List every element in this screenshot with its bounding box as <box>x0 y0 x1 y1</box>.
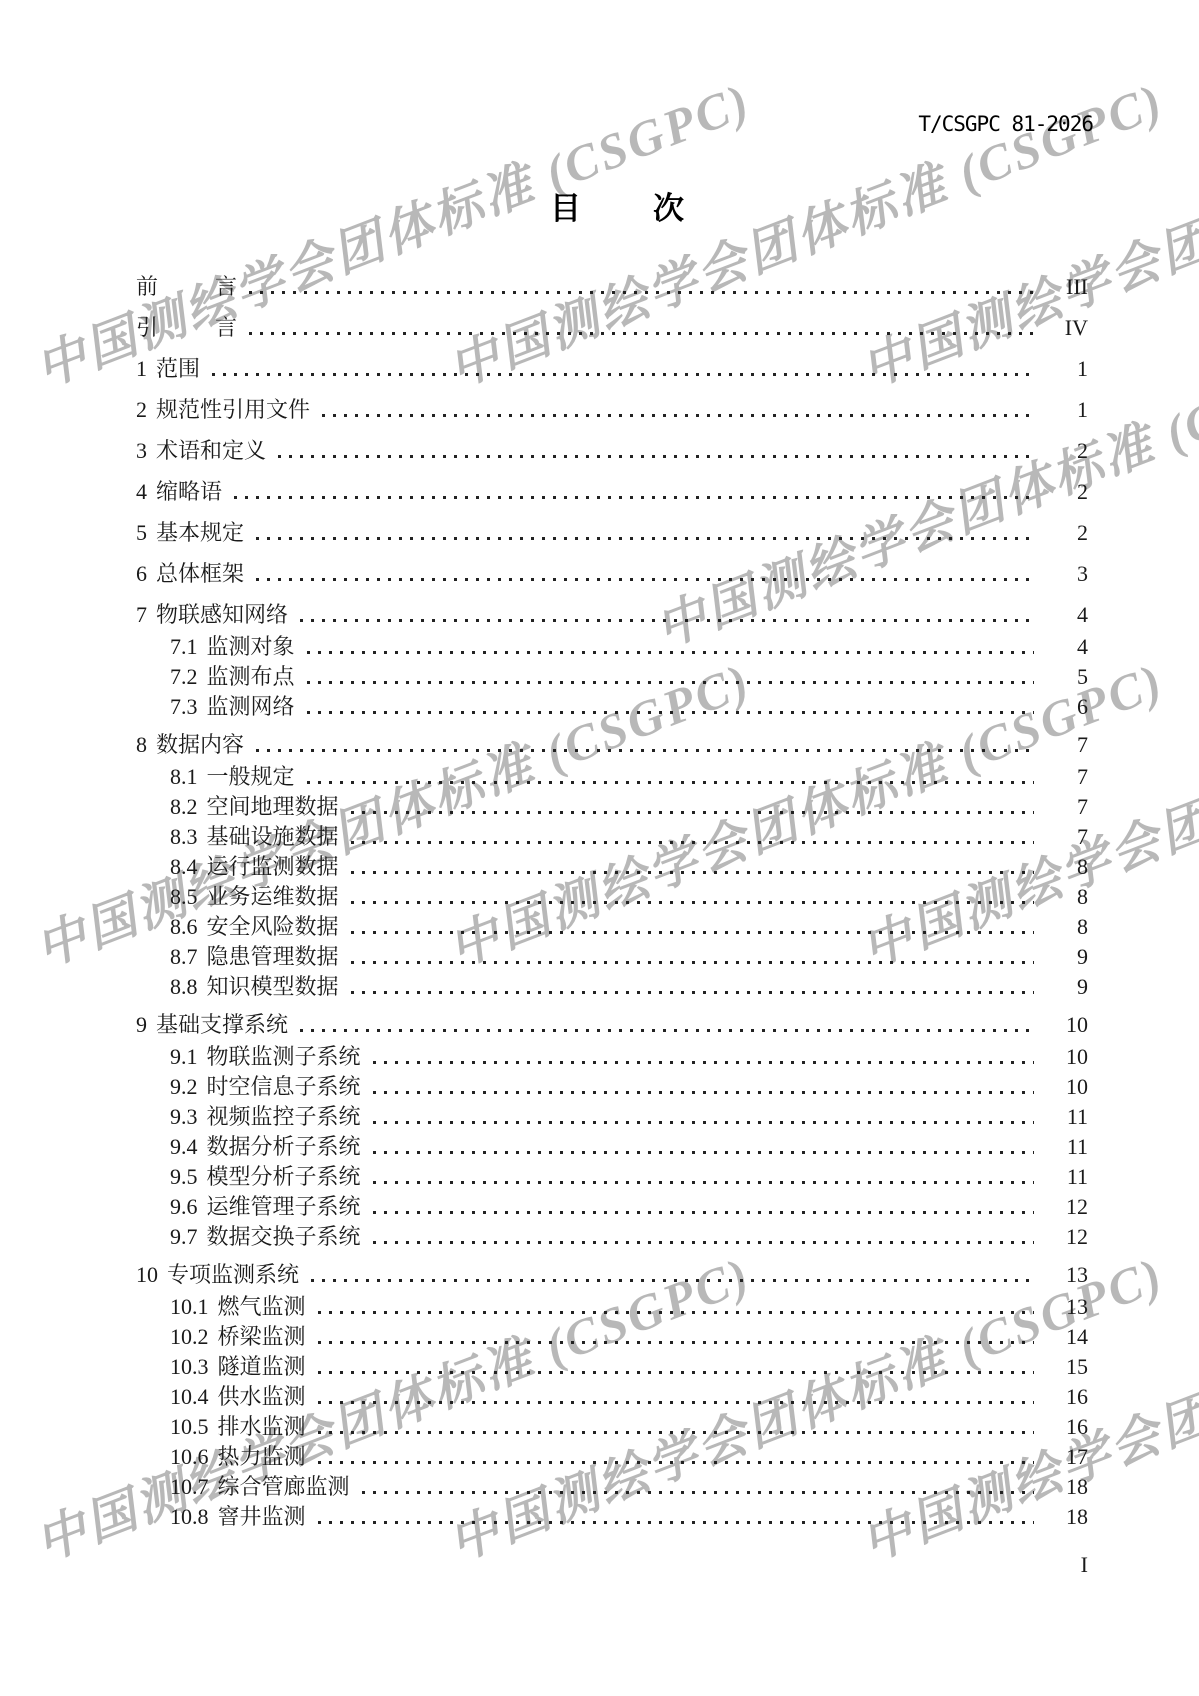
dot-leader <box>318 1371 1034 1374</box>
dot-leader <box>351 961 1034 964</box>
document-page: 中国测绘学会团体标准 (CSGPC)中国测绘学会团体标准 (CSGPC)中国测绘… <box>0 0 1199 1696</box>
toc-entry: 8.1一般规定7 <box>136 766 1088 788</box>
toc-entry-number: 10.3 <box>170 1356 209 1378</box>
toc-entry-label: 9.4数据分析子系统 <box>170 1136 361 1158</box>
toc-entry-number: 8.3 <box>170 826 198 848</box>
toc-entry-title: 燃气监测 <box>218 1296 306 1318</box>
toc-page-number: 4 <box>1046 604 1088 626</box>
toc-entry-title: 基础设施数据 <box>207 826 339 848</box>
toc-page-number: 18 <box>1046 1476 1088 1498</box>
toc-entry: 10.8窨井监测18 <box>136 1506 1088 1528</box>
toc-page-number: 13 <box>1046 1264 1088 1286</box>
toc-page-number: 4 <box>1046 636 1088 658</box>
toc-entry-title: 监测布点 <box>207 666 295 688</box>
dot-leader <box>362 1491 1034 1494</box>
toc-entry-label: 2规范性引用文件 <box>136 399 310 421</box>
toc-entry-number: 8.4 <box>170 856 198 878</box>
toc-entry-title: 监测网络 <box>207 696 295 718</box>
toc-entry-title: 物联监测子系统 <box>207 1046 361 1068</box>
toc-entry-number: 7.1 <box>170 636 198 658</box>
toc-entry-label: 6总体框架 <box>136 563 244 585</box>
dot-leader <box>311 1279 1034 1282</box>
toc-entry: 7.1监测对象4 <box>136 636 1088 658</box>
toc-entry-title: 数据内容 <box>156 734 244 756</box>
dot-leader <box>249 291 1034 294</box>
dot-leader <box>318 1311 1034 1314</box>
dot-leader <box>318 1401 1034 1404</box>
toc-entry-label: 4缩略语 <box>136 481 222 503</box>
toc-page-number: 11 <box>1046 1106 1088 1128</box>
toc-page-number: 1 <box>1046 358 1088 380</box>
toc-entry-title: 规范性引用文件 <box>156 399 310 421</box>
dot-leader <box>307 681 1034 684</box>
toc-page-number: 10 <box>1046 1076 1088 1098</box>
dot-leader <box>300 619 1034 622</box>
toc-entry-label: 10.1燃气监测 <box>170 1296 306 1318</box>
toc-entry-label: 7.3监测网络 <box>170 696 295 718</box>
dot-leader <box>256 578 1034 581</box>
dot-leader <box>351 901 1034 904</box>
toc-entry-number: 7.2 <box>170 666 198 688</box>
toc-page-number: 7 <box>1046 826 1088 848</box>
toc-page-number: 8 <box>1046 856 1088 878</box>
toc-entry-number: 8.2 <box>170 796 198 818</box>
toc-entry-title: 隧道监测 <box>218 1356 306 1378</box>
toc-entry: 10.6热力监测17 <box>136 1446 1088 1468</box>
toc-page-number: IV <box>1046 317 1088 339</box>
toc-entry: 8.2空间地理数据7 <box>136 796 1088 818</box>
toc-page-number: 8 <box>1046 886 1088 908</box>
toc-entry-title: 术语和定义 <box>156 440 266 462</box>
toc-entry-number: 8.7 <box>170 946 198 968</box>
toc-entry: 9.1物联监测子系统10 <box>136 1046 1088 1068</box>
dot-leader <box>351 871 1034 874</box>
toc-entry-label: 8.3基础设施数据 <box>170 826 339 848</box>
toc-entry: 10.4供水监测16 <box>136 1386 1088 1408</box>
toc-page-number: 11 <box>1046 1136 1088 1158</box>
dot-leader <box>373 1121 1034 1124</box>
toc-title-char: 言 <box>215 276 237 298</box>
toc-entry-label: 1范围 <box>136 358 200 380</box>
toc-entry: 2规范性引用文件1 <box>136 399 1088 421</box>
dot-leader <box>351 991 1034 994</box>
toc-page-number: 13 <box>1046 1296 1088 1318</box>
toc-entry: 7.2监测布点5 <box>136 666 1088 688</box>
toc-entry-label: 10.5排水监测 <box>170 1416 306 1438</box>
toc-page-number: 17 <box>1046 1446 1088 1468</box>
toc-entry: 8.8知识模型数据9 <box>136 976 1088 998</box>
toc-entry-label: 7物联感知网络 <box>136 604 288 626</box>
toc-entry: 8.4运行监测数据8 <box>136 856 1088 878</box>
toc-entry: 7.3监测网络6 <box>136 696 1088 718</box>
toc-entry-number: 2 <box>136 399 147 421</box>
toc-page-number: 12 <box>1046 1226 1088 1248</box>
toc-entry: 10.2桥梁监测14 <box>136 1326 1088 1348</box>
toc-entry: 10.7综合管廊监测18 <box>136 1476 1088 1498</box>
toc-entry-label: 9.7数据交换子系统 <box>170 1226 361 1248</box>
toc-page-number: 15 <box>1046 1356 1088 1378</box>
toc-entry-label: 5基本规定 <box>136 522 244 544</box>
dot-leader <box>212 373 1034 376</box>
dot-leader <box>318 1341 1034 1344</box>
toc-entry-title: 空间地理数据 <box>207 796 339 818</box>
toc-entry-label: 7.1监测对象 <box>170 636 295 658</box>
toc-entry-number: 9 <box>136 1014 147 1036</box>
title-char: 次 <box>653 183 684 228</box>
toc-entry-number: 10 <box>136 1264 158 1286</box>
toc-entry-title: 基本规定 <box>156 522 244 544</box>
dot-leader <box>249 332 1034 335</box>
toc-entry-title: 物联感知网络 <box>156 604 288 626</box>
toc-title-char: 前 <box>136 276 158 298</box>
toc-title-char: 引 <box>136 317 158 339</box>
toc-entry-number: 3 <box>136 440 147 462</box>
toc-entry-number: 10.4 <box>170 1386 209 1408</box>
toc-entry-title: 运行监测数据 <box>207 856 339 878</box>
toc-entry-number: 8.5 <box>170 886 198 908</box>
toc-entry: 9.5模型分析子系统11 <box>136 1166 1088 1188</box>
dot-leader <box>256 537 1034 540</box>
toc-entry: 8.3基础设施数据7 <box>136 826 1088 848</box>
dot-leader <box>318 1431 1034 1434</box>
dot-leader <box>373 1241 1034 1244</box>
toc-entry-label: 9.1物联监测子系统 <box>170 1046 361 1068</box>
toc-page-number: 7 <box>1046 796 1088 818</box>
toc-entry-title: 前言 <box>136 276 237 298</box>
toc-entry: 9.7数据交换子系统12 <box>136 1226 1088 1248</box>
toc-entry: 9.2时空信息子系统10 <box>136 1076 1088 1098</box>
toc-entry-label: 10专项监测系统 <box>136 1264 299 1286</box>
toc-entry-label: 9.3视频监控子系统 <box>170 1106 361 1128</box>
toc-entry: 9.6运维管理子系统12 <box>136 1196 1088 1218</box>
dot-leader <box>373 1211 1034 1214</box>
page-title: 目次 <box>550 183 684 228</box>
toc-entry: 9.3视频监控子系统11 <box>136 1106 1088 1128</box>
toc-entry-title: 监测对象 <box>207 636 295 658</box>
toc-entry-title: 窨井监测 <box>218 1506 306 1528</box>
toc-page-number: III <box>1046 276 1088 298</box>
dot-leader <box>351 931 1034 934</box>
toc-page-number: 2 <box>1046 481 1088 503</box>
toc-entry-number: 7.3 <box>170 696 198 718</box>
toc-entry-label: 9.2时空信息子系统 <box>170 1076 361 1098</box>
toc-page-number: 16 <box>1046 1416 1088 1438</box>
toc-entry: 10.1燃气监测13 <box>136 1296 1088 1318</box>
toc-entry-label: 8.7隐患管理数据 <box>170 946 339 968</box>
toc-entry-number: 8.8 <box>170 976 198 998</box>
toc-entry-number: 10.6 <box>170 1446 209 1468</box>
toc-entry: 9.4数据分析子系统11 <box>136 1136 1088 1158</box>
toc-entry-title: 综合管廊监测 <box>218 1476 350 1498</box>
toc-entry-number: 10.2 <box>170 1326 209 1348</box>
toc-entry-number: 9.6 <box>170 1196 198 1218</box>
dot-leader <box>373 1181 1034 1184</box>
dot-leader <box>373 1091 1034 1094</box>
toc-title-char: 言 <box>215 317 237 339</box>
toc-entry: 7物联感知网络4 <box>136 604 1088 626</box>
toc-entry-title: 视频监控子系统 <box>207 1106 361 1128</box>
toc-entry: 4缩略语2 <box>136 481 1088 503</box>
toc-page-number: 1 <box>1046 399 1088 421</box>
toc-page-number: 11 <box>1046 1166 1088 1188</box>
toc-entry: 5基本规定2 <box>136 522 1088 544</box>
toc-entry-label: 8.4运行监测数据 <box>170 856 339 878</box>
toc-entry-title: 业务运维数据 <box>207 886 339 908</box>
toc-entry: 3术语和定义2 <box>136 440 1088 462</box>
title-char: 目 <box>550 183 581 228</box>
dot-leader <box>373 1061 1034 1064</box>
toc-entry-number: 9.4 <box>170 1136 198 1158</box>
toc-page-number: 10 <box>1046 1014 1088 1036</box>
toc-page-number: 18 <box>1046 1506 1088 1528</box>
dot-leader <box>234 496 1034 499</box>
toc-entry-number: 7 <box>136 604 147 626</box>
toc-page-number: 2 <box>1046 440 1088 462</box>
toc-entry-label: 8.8知识模型数据 <box>170 976 339 998</box>
dot-leader <box>300 1029 1034 1032</box>
toc-page-number: 16 <box>1046 1386 1088 1408</box>
toc-entry-label: 8.2空间地理数据 <box>170 796 339 818</box>
toc-page-number: 3 <box>1046 563 1088 585</box>
dot-leader <box>318 1521 1034 1524</box>
toc-entry-number: 9.3 <box>170 1106 198 1128</box>
toc-entry: 引言IV <box>136 317 1088 339</box>
toc-entry-number: 10.5 <box>170 1416 209 1438</box>
dot-leader <box>307 711 1034 714</box>
toc-entry: 前言III <box>136 276 1088 298</box>
toc-page-number: 7 <box>1046 766 1088 788</box>
toc-entry-number: 9.2 <box>170 1076 198 1098</box>
toc-page-number: 5 <box>1046 666 1088 688</box>
toc-entry-title: 范围 <box>156 358 200 380</box>
toc-page-number: 10 <box>1046 1046 1088 1068</box>
toc-entry-label: 10.2桥梁监测 <box>170 1326 306 1348</box>
toc-entry-label: 10.3隧道监测 <box>170 1356 306 1378</box>
toc-entry-label: 8.6安全风险数据 <box>170 916 339 938</box>
toc-entry-title: 运维管理子系统 <box>207 1196 361 1218</box>
toc-entry: 9基础支撑系统10 <box>136 1014 1088 1036</box>
toc-entry-number: 9.5 <box>170 1166 198 1188</box>
toc-entry-label: 8.1一般规定 <box>170 766 295 788</box>
toc-entry: 10专项监测系统13 <box>136 1264 1088 1286</box>
toc-entry-title: 引言 <box>136 317 237 339</box>
dot-leader <box>256 749 1034 752</box>
toc-entry-number: 9.7 <box>170 1226 198 1248</box>
toc-entry-title: 热力监测 <box>218 1446 306 1468</box>
dot-leader <box>278 455 1034 458</box>
toc-entry-label: 10.8窨井监测 <box>170 1506 306 1528</box>
toc-entry-label: 3术语和定义 <box>136 440 266 462</box>
footer-page-number: I <box>1081 1552 1088 1578</box>
toc-entry: 10.3隧道监测15 <box>136 1356 1088 1378</box>
toc-entry-label: 8数据内容 <box>136 734 244 756</box>
toc-entry-number: 10.8 <box>170 1506 209 1528</box>
toc-page-number: 9 <box>1046 946 1088 968</box>
toc-entry: 8.7隐患管理数据9 <box>136 946 1088 968</box>
dot-leader <box>307 781 1034 784</box>
toc-entry: 8.6安全风险数据8 <box>136 916 1088 938</box>
toc-entry-number: 6 <box>136 563 147 585</box>
toc-list: 前言III引言IV1范围12规范性引用文件13术语和定义24缩略语25基本规定2… <box>136 276 1088 1528</box>
toc-entry-title: 专项监测系统 <box>167 1264 299 1286</box>
toc-entry-number: 9.1 <box>170 1046 198 1068</box>
toc-entry-number: 8.6 <box>170 916 198 938</box>
toc-entry-number: 1 <box>136 358 147 380</box>
toc-entry: 10.5排水监测16 <box>136 1416 1088 1438</box>
toc-entry-title: 总体框架 <box>156 563 244 585</box>
toc-entry-title: 时空信息子系统 <box>207 1076 361 1098</box>
toc-entry-title: 模型分析子系统 <box>207 1166 361 1188</box>
toc-entry-title: 一般规定 <box>207 766 295 788</box>
toc-entry-label: 9.5模型分析子系统 <box>170 1166 361 1188</box>
toc-entry-number: 5 <box>136 522 147 544</box>
toc-entry-label: 引言 <box>136 317 237 339</box>
dot-leader <box>307 651 1034 654</box>
toc-entry-label: 10.7综合管廊监测 <box>170 1476 350 1498</box>
dot-leader <box>351 811 1034 814</box>
toc-entry-title: 供水监测 <box>218 1386 306 1408</box>
toc-entry-label: 10.4供水监测 <box>170 1386 306 1408</box>
toc-entry-title: 安全风险数据 <box>207 916 339 938</box>
toc-entry-label: 9基础支撑系统 <box>136 1014 288 1036</box>
toc-page-number: 8 <box>1046 916 1088 938</box>
dot-leader <box>322 414 1034 417</box>
toc-entry-label: 7.2监测布点 <box>170 666 295 688</box>
toc-entry: 8.5业务运维数据8 <box>136 886 1088 908</box>
toc-page-number: 9 <box>1046 976 1088 998</box>
toc-entry-number: 10.1 <box>170 1296 209 1318</box>
toc-entry-title: 数据分析子系统 <box>207 1136 361 1158</box>
toc-entry-title: 基础支撑系统 <box>156 1014 288 1036</box>
toc-entry-number: 10.7 <box>170 1476 209 1498</box>
toc-entry-title: 隐患管理数据 <box>207 946 339 968</box>
toc-entry-title: 桥梁监测 <box>218 1326 306 1348</box>
toc-entry: 6总体框架3 <box>136 563 1088 585</box>
toc-page-number: 12 <box>1046 1196 1088 1218</box>
dot-leader <box>351 841 1034 844</box>
toc-entry: 8数据内容7 <box>136 734 1088 756</box>
toc-entry-title: 数据交换子系统 <box>207 1226 361 1248</box>
toc-page-number: 14 <box>1046 1326 1088 1348</box>
toc-page-number: 7 <box>1046 734 1088 756</box>
toc-entry-label: 前言 <box>136 276 237 298</box>
toc-entry-title: 缩略语 <box>156 481 222 503</box>
dot-leader <box>373 1151 1034 1154</box>
toc-page-number: 6 <box>1046 696 1088 718</box>
toc-entry-label: 10.6热力监测 <box>170 1446 306 1468</box>
toc-entry-number: 8.1 <box>170 766 198 788</box>
toc-entry-number: 8 <box>136 734 147 756</box>
toc-page-number: 2 <box>1046 522 1088 544</box>
toc-entry-label: 8.5业务运维数据 <box>170 886 339 908</box>
toc-entry-title: 排水监测 <box>218 1416 306 1438</box>
toc-entry-label: 9.6运维管理子系统 <box>170 1196 361 1218</box>
standard-number: T/CSGPC 81-2026 <box>918 112 1093 136</box>
toc-entry-title: 知识模型数据 <box>207 976 339 998</box>
toc-entry-number: 4 <box>136 481 147 503</box>
dot-leader <box>318 1461 1034 1464</box>
toc-entry: 1范围1 <box>136 358 1088 380</box>
